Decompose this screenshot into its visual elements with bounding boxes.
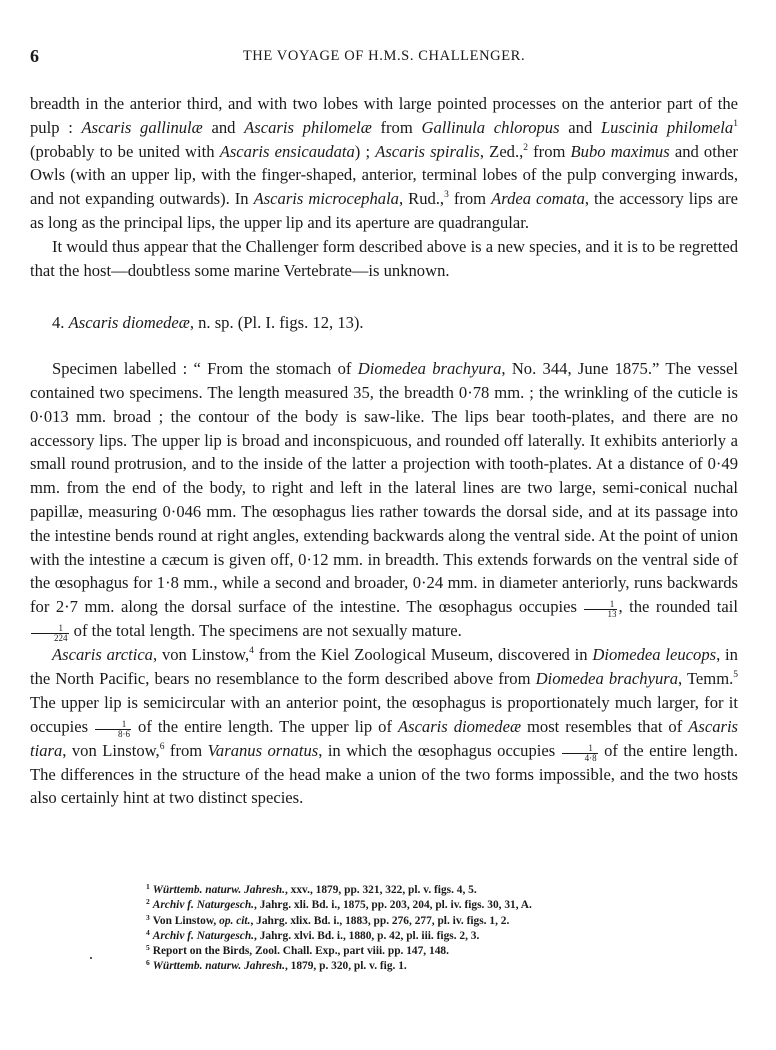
species-name: Ascaris diomedeæ — [69, 313, 190, 332]
species-name: Bubo maximus — [571, 142, 670, 161]
species-name: Diomedea brachyura — [536, 669, 678, 688]
text: and — [560, 118, 601, 137]
species-name: Ascaris diomedeæ — [398, 717, 521, 736]
footnote-6: 6Württemb. naturw. Jahresh., 1879, p. 32… — [146, 959, 706, 974]
species-name: Diomedea brachyura — [358, 359, 502, 378]
text: , the rounded tail — [618, 597, 738, 616]
citation-title: Württemb. naturw. Jahresh. — [153, 960, 285, 972]
text: , Temm. — [678, 669, 733, 688]
footnote-mark: 2 — [146, 897, 150, 906]
fraction-denominator: 224 — [31, 634, 69, 643]
citation-title: Württemb. naturw. Jahresh. — [153, 884, 285, 896]
section-reference: , n. sp. (Pl. I. figs. 12, 13). — [190, 313, 364, 332]
text: , No. 344, June 1875.” The vessel contai… — [30, 359, 738, 616]
citation-author: Von Linstow, — [153, 915, 219, 927]
text: and — [203, 118, 244, 137]
paragraph-2: It would thus appear that the Challenger… — [30, 235, 738, 283]
species-name: Ascaris spiralis — [375, 142, 480, 161]
text: , in which the œsophagus occupies — [318, 741, 560, 760]
body-text: breadth in the anterior third, and with … — [30, 92, 738, 810]
fraction-denominator: 4·8 — [562, 754, 598, 763]
text: from — [164, 741, 207, 760]
citation-title: op. cit. — [219, 915, 250, 927]
text: from — [372, 118, 422, 137]
species-name: Ascaris microcephala — [254, 189, 399, 208]
text: of the entire length. The upper lip of — [132, 717, 398, 736]
text: , Rud., — [399, 189, 444, 208]
citation-title: Archiv f. Naturgesch. — [153, 930, 254, 942]
citation-text: , Jahrg. xli. Bd. i., 1875, pp. 203, 204… — [254, 899, 532, 911]
citation-text: , xxv., 1879, pp. 321, 322, pl. v. figs.… — [285, 884, 477, 896]
footnote-1: 1Württemb. naturw. Jahresh., xxv., 1879,… — [146, 883, 706, 898]
species-name: Ascaris arctica — [52, 645, 153, 664]
paragraph-1: breadth in the anterior third, and with … — [30, 92, 738, 235]
citation-text: , 1879, p. 320, pl. v. fig. 1. — [285, 960, 407, 972]
citation-text: Report on the Birds, Zool. Chall. Exp., … — [153, 945, 449, 957]
footnote-2: 2Archiv f. Naturgesch., Jahrg. xli. Bd. … — [146, 898, 706, 913]
text: , Zed., — [480, 142, 523, 161]
paragraph-4: Ascaris arctica, von Linstow,4 from the … — [30, 643, 738, 810]
scan-speck — [90, 957, 92, 959]
text: (probably to be united with — [30, 142, 220, 161]
citation-title: Archiv f. Naturgesch. — [153, 899, 254, 911]
footnote-mark: 6 — [146, 958, 150, 967]
citation-text: , Jahrg. xlix. Bd. i., 1883, pp. 276, 27… — [250, 915, 509, 927]
section-number: 4. — [52, 313, 69, 332]
species-name: Varanus ornatus — [208, 741, 319, 760]
species-name: Luscinia philomela — [601, 118, 733, 137]
text: , von Linstow, — [62, 741, 159, 760]
text: , von Linstow, — [153, 645, 249, 664]
paragraph-3: Specimen labelled : “ From the stomach o… — [30, 357, 738, 643]
text: from — [449, 189, 491, 208]
fraction-denominator: 13 — [584, 610, 617, 619]
species-name: Ardea comata — [491, 189, 585, 208]
text: Specimen labelled : “ From the stomach o… — [52, 359, 358, 378]
footnote-ref[interactable]: 1 — [733, 119, 738, 129]
footnote-mark: 4 — [146, 928, 150, 937]
footnote-mark: 5 — [146, 943, 150, 952]
section-heading: 4. Ascaris diomedeæ, n. sp. (Pl. I. figs… — [52, 311, 738, 335]
fraction-denominator: 8·6 — [95, 730, 131, 739]
footnote-4: 4Archiv f. Naturgesch., Jahrg. xlvi. Bd.… — [146, 929, 706, 944]
fraction: 1224 — [31, 624, 69, 643]
page-header: 6 THE VOYAGE OF H.M.S. CHALLENGER. — [30, 46, 738, 66]
text: ) ; — [355, 142, 375, 161]
text: from the Kiel Zoological Museum, discove… — [254, 645, 593, 664]
text: most resembles that of — [521, 717, 688, 736]
citation-text: , Jahrg. xlvi. Bd. i., 1880, p. 42, pl. … — [254, 930, 479, 942]
species-name: Ascaris gallinulæ — [82, 118, 203, 137]
footnote-3: 3Von Linstow, op. cit., Jahrg. xlix. Bd.… — [146, 914, 706, 929]
footnote-mark: 3 — [146, 913, 150, 922]
footnote-mark: 1 — [146, 882, 150, 891]
fraction: 14·8 — [562, 744, 598, 763]
text: of the total length. The specimens are n… — [70, 621, 462, 640]
species-name: Gallinula chloropus — [421, 118, 559, 137]
footnote-5: 5Report on the Birds, Zool. Chall. Exp.,… — [146, 944, 706, 959]
species-name: Ascaris philomelæ — [244, 118, 372, 137]
species-name: Diomedea leucops — [592, 645, 716, 664]
footnote-ref[interactable]: 5 — [733, 670, 738, 680]
fraction: 18·6 — [95, 720, 131, 739]
footnotes: 1Württemb. naturw. Jahresh., xxv., 1879,… — [146, 883, 706, 975]
species-name: Ascaris ensicaudata — [220, 142, 355, 161]
text: from — [528, 142, 571, 161]
running-title: THE VOYAGE OF H.M.S. CHALLENGER. — [30, 48, 738, 65]
fraction: 113 — [584, 600, 617, 619]
